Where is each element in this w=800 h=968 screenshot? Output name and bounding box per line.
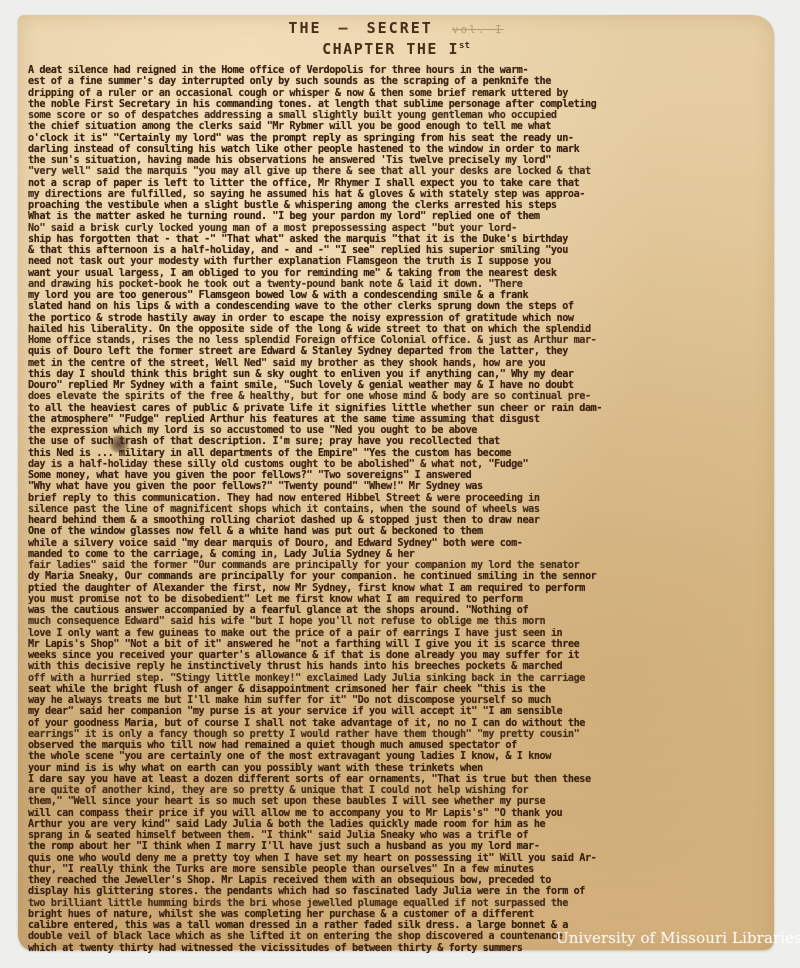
manuscript-line: Arthur you are very kind" said Lady Juli… xyxy=(28,819,770,830)
manuscript-line: and drawing his pocket-book he took out … xyxy=(28,279,770,290)
manuscript-line: fair ladies" said the former "Our comman… xyxy=(28,560,770,571)
manuscript-line: dripping of a ruler or an occasional cou… xyxy=(28,88,770,99)
manuscript-line: Some money, what have you given the poor… xyxy=(28,470,770,481)
manuscript-line: Home office stands, rises the no less sp… xyxy=(28,335,770,346)
manuscript-line: my directions are fulfilled, so saying h… xyxy=(28,189,770,200)
manuscript-line: met in the centre of the street, Well Ne… xyxy=(28,358,770,369)
manuscript-line: will can compass their price if you will… xyxy=(28,808,770,819)
manuscript-line: Mr Lapis's Shop" "Not a bit of it" answe… xyxy=(28,639,770,650)
manuscript-line: A deat silence had reigned in the Home o… xyxy=(28,65,770,76)
manuscript-line: seat while the bright flush of anger & d… xyxy=(28,684,770,695)
manuscript-line: weeks since you received your quarter's … xyxy=(28,650,770,661)
manuscript-title: THE – SECRET vol. I xyxy=(18,19,774,37)
manuscript-line: the noble First Secretary in his command… xyxy=(28,99,770,110)
manuscript-line: this Ned is ... military in all departme… xyxy=(28,448,770,459)
manuscript-line: slated hand on his lips & with a condesc… xyxy=(28,301,770,312)
manuscript-line: the whole scene "you are certainly one o… xyxy=(28,751,770,762)
manuscript-line: Douro" replied Mr Sydney with a faint sm… xyxy=(28,380,770,391)
manuscript-line: brief reply to this communication. They … xyxy=(28,493,770,504)
ink-blot xyxy=(108,435,130,453)
manuscript-line: thur, "I really think the Turks are more… xyxy=(28,864,770,875)
manuscript-line: ptied the daughter of Alexander the firs… xyxy=(28,583,770,594)
manuscript-line: my lord you are too generous" Flamsgeon … xyxy=(28,290,770,301)
manuscript-line: hailed his liberality. On the opposite s… xyxy=(28,324,770,335)
manuscript-line: quis of Douro left the former street are… xyxy=(28,346,770,357)
manuscript-line: they reached the Jeweller's Shop. Mr Lap… xyxy=(28,875,770,886)
manuscript-line: & that this afternoon is a half-holiday,… xyxy=(28,245,770,256)
manuscript-line: with this decisive reply he instinctivel… xyxy=(28,661,770,672)
manuscript-line: your mind is is why what on earth can yo… xyxy=(28,763,770,774)
title-dash: – xyxy=(339,19,350,37)
manuscript-line: day is a half-holiday these silly old cu… xyxy=(28,459,770,470)
manuscript-line: was the cautious answer accompanied by a… xyxy=(28,605,770,616)
manuscript-line: display his glittering stores. the penda… xyxy=(28,886,770,897)
manuscript-line: are quite of another kind, they are so p… xyxy=(28,785,770,796)
manuscript-line: "Why what have you given the poor fellow… xyxy=(28,481,770,492)
manuscript-line: want your usual largess, I am obliged to… xyxy=(28,268,770,279)
manuscript-line: some score or so of despatches addressin… xyxy=(28,110,770,121)
manuscript-line: much consequence Edward" said his wife "… xyxy=(28,616,770,627)
manuscript-line: the portico & strode hastily away in ord… xyxy=(28,313,770,324)
manuscript-line: my dear" said her companion "my purse is… xyxy=(28,706,770,717)
manuscript-line: proaching the vestibule when a slight bu… xyxy=(28,200,770,211)
title-word-secret: SECRET xyxy=(367,19,433,37)
title-word-the: THE xyxy=(288,19,321,37)
manuscript-line: does elevate the spirits of the free & h… xyxy=(28,391,770,402)
manuscript-line: ship has forgotten that - that -" "That … xyxy=(28,234,770,245)
manuscript-line: earrings" it is only a fancy though so p… xyxy=(28,729,770,740)
manuscript-line: heard behind them & a smoothing rolling … xyxy=(28,515,770,526)
struck-title-annotation: vol. I xyxy=(452,23,504,36)
manuscript-line: the chief situation among the clerks sai… xyxy=(28,121,770,132)
manuscript-line: this day I should think this bright sun … xyxy=(28,369,770,380)
manuscript-page: THE – SECRET vol. I CHAPTER THE Ist A de… xyxy=(18,15,774,950)
manuscript-line: bright hues of nature, whilst she was co… xyxy=(28,909,770,920)
chapter-ordinal-suffix: st xyxy=(459,41,470,51)
manuscript-line: to all the heaviest cares of public & pr… xyxy=(28,403,770,414)
handwritten-body-text: A deat silence had reigned in the Home o… xyxy=(28,65,770,954)
manuscript-line: manded to come to the carriage, & coming… xyxy=(28,549,770,560)
manuscript-line: One of the window glasses now fell & a w… xyxy=(28,526,770,537)
manuscript-line: observed the marquis who till now had re… xyxy=(28,740,770,751)
manuscript-line: the use of such trash of that descriptio… xyxy=(28,436,770,447)
manuscript-line: them," "Well since your heart is so much… xyxy=(28,796,770,807)
manuscript-line: the atmosphere" "Fudge" replied Arthur h… xyxy=(28,414,770,425)
manuscript-line: quis one who would deny me a pretty toy … xyxy=(28,853,770,864)
manuscript-line: need not task out your modesty with furt… xyxy=(28,256,770,267)
chapter-heading: CHAPTER THE Ist xyxy=(18,40,774,58)
manuscript-line: not a scrap of paper is left to litter t… xyxy=(28,178,770,189)
manuscript-line: o'clock it is" "Certainly my lord" was t… xyxy=(28,133,770,144)
manuscript-line: dy Maria Sneaky, Our commands are princi… xyxy=(28,571,770,582)
manuscript-line: silence past the line of magnificent sho… xyxy=(28,504,770,515)
manuscript-line: darling instead of consulting his watch … xyxy=(28,144,770,155)
library-watermark: University of Missouri Libraries xyxy=(556,929,800,947)
manuscript-line: What is the matter asked he turning roun… xyxy=(28,211,770,222)
manuscript-line: est of a fine summer's day interrupted o… xyxy=(28,76,770,87)
manuscript-line: sprang in & seated himself between them.… xyxy=(28,830,770,841)
manuscript-line: the sun's situation, having made his obs… xyxy=(28,155,770,166)
manuscript-line: the romp about her "I think when I marry… xyxy=(28,841,770,852)
manuscript-line: the expression which my lord is so accus… xyxy=(28,425,770,436)
manuscript-line: you must promise not to be disobedient" … xyxy=(28,594,770,605)
manuscript-line: I dare say you have at least a dozen dif… xyxy=(28,774,770,785)
manuscript-line: No" said a brisk curly locked young man … xyxy=(28,223,770,234)
manuscript-line: way he always treats me but I'll make hi… xyxy=(28,695,770,706)
manuscript-line: off with a hurried step. "Stingy little … xyxy=(28,673,770,684)
manuscript-line: of your goodness Maria, but of course I … xyxy=(28,718,770,729)
manuscript-line: while a silvery voice said "my dear marq… xyxy=(28,538,770,549)
manuscript-line: "very well" said the marquis "you may al… xyxy=(28,166,770,177)
chapter-heading-text: CHAPTER THE I xyxy=(322,40,459,58)
manuscript-line: two brilliant little humming birds the b… xyxy=(28,898,770,909)
manuscript-line: love I only want a few guineas to make o… xyxy=(28,628,770,639)
